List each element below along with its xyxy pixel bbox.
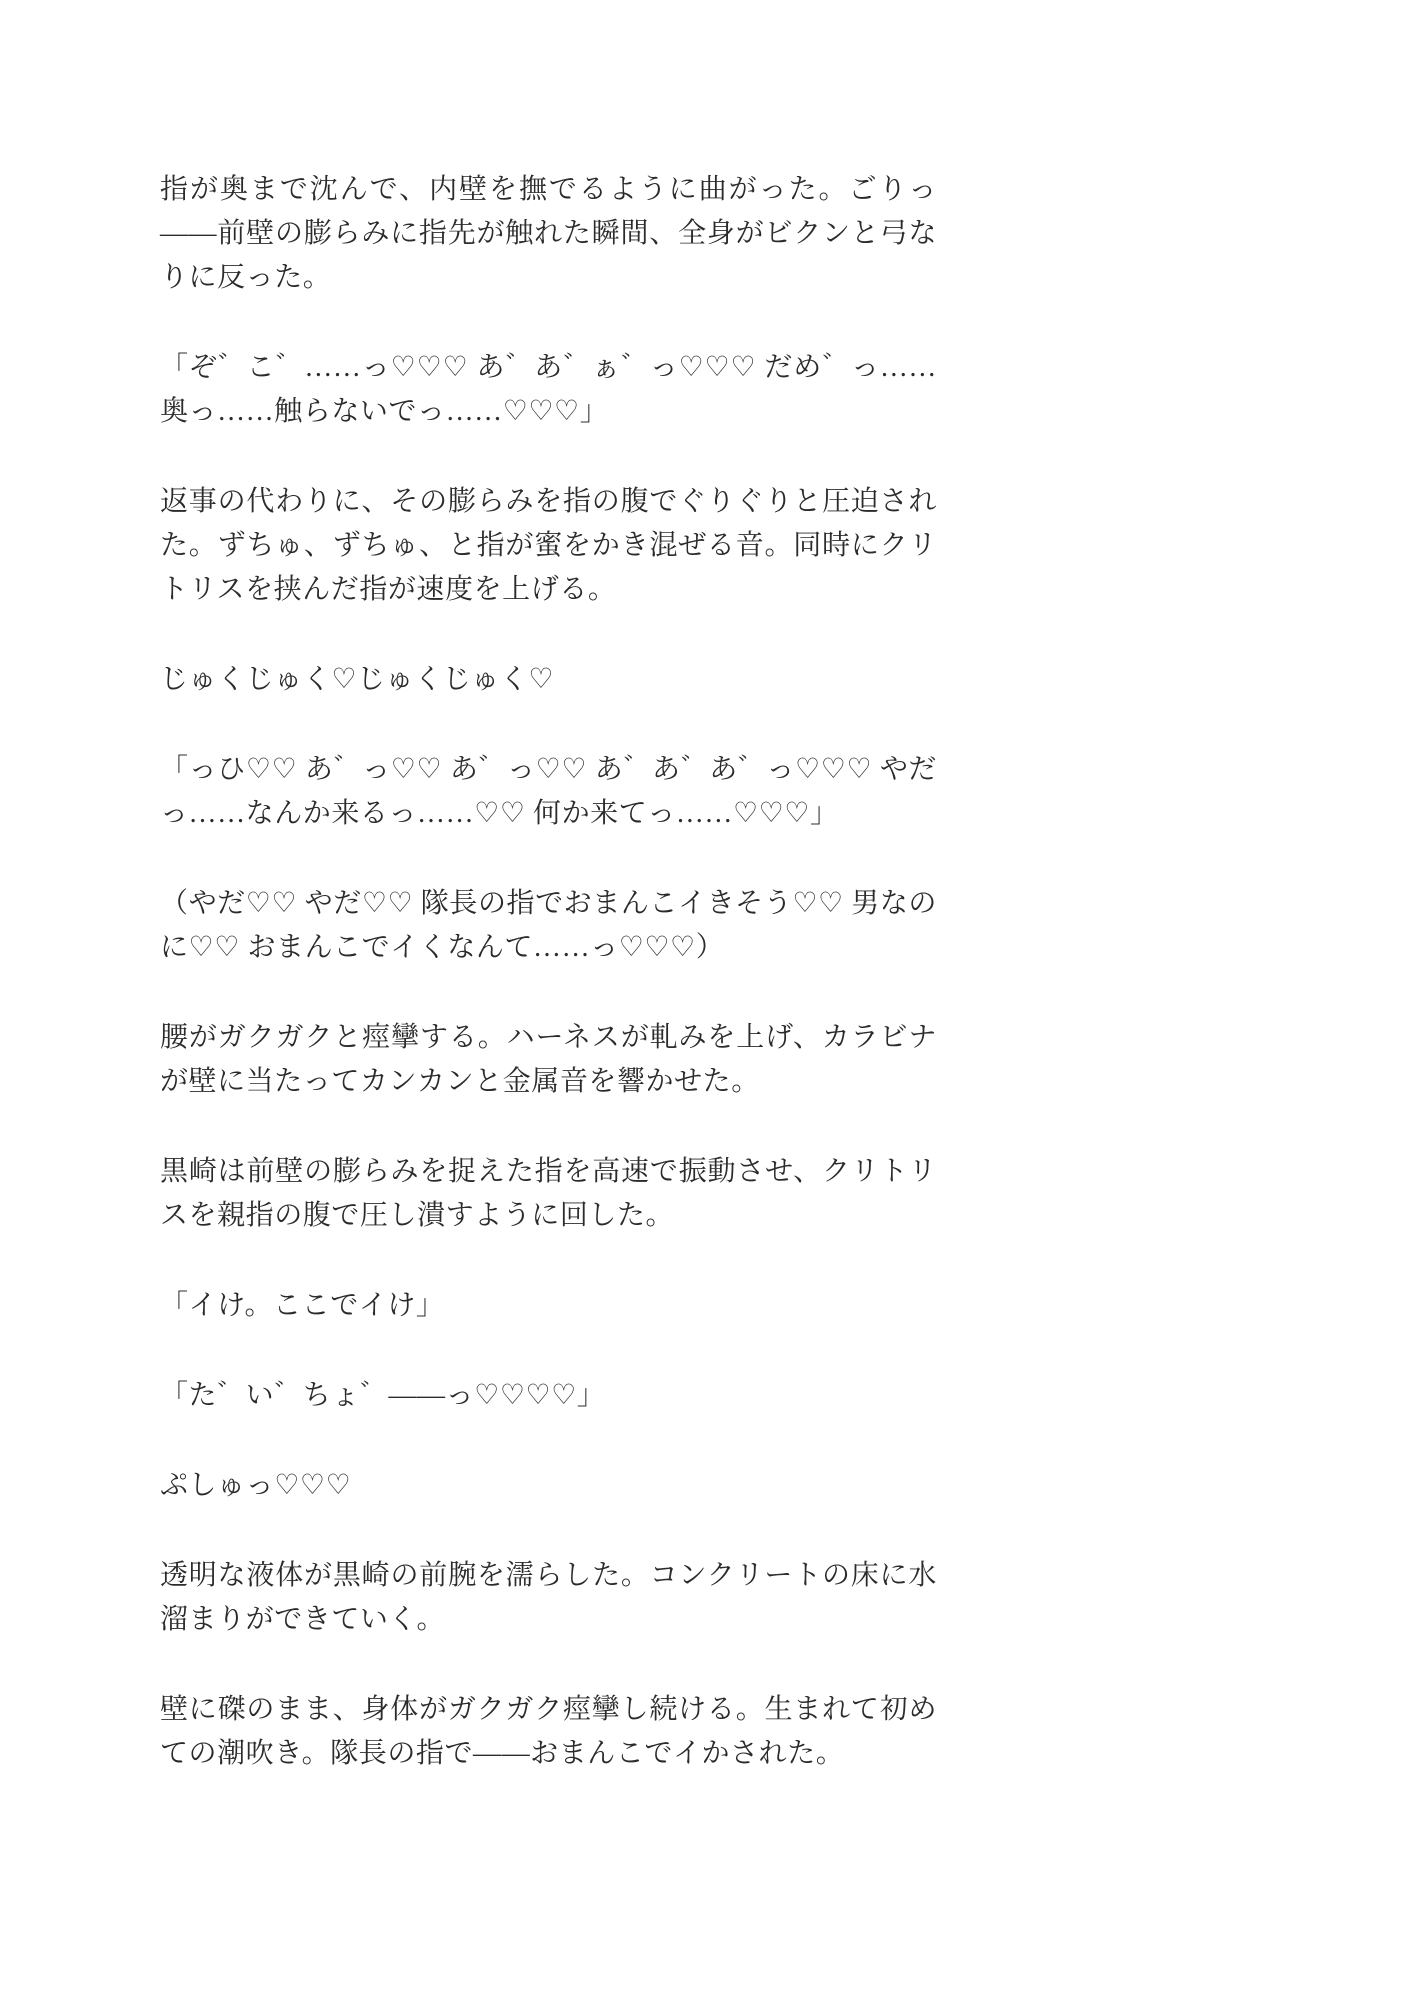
paragraph-narration: 腰がガクガクと痙攣する。ハーネスが軋みを上げ、カラビナが壁に当たってカンカンと金… <box>160 1016 937 1104</box>
document-page: 指が奥まで沈んで、内壁を撫でるように曲がった。ごりっ――前壁の膨らみに指先が触れ… <box>0 0 1415 2000</box>
paragraph-dialogue: 「っひ♡♡ あ゛っ♡♡ あ゛っ♡♡ あ゛あ゛あ゛っ♡♡♡ やだっ……なんか来るっ… <box>160 748 937 836</box>
paragraph-narration: 黒崎は前壁の膨らみを捉えた指を高速で振動させ、クリトリスを親指の腹で圧し潰すよう… <box>160 1150 937 1238</box>
paragraph-sfx: ぷしゅっ♡♡♡ <box>160 1464 937 1508</box>
paragraph-thought: （やだ♡♡ やだ♡♡ 隊長の指でおまんこイきそう♡♡ 男なのに♡♡ おまんこでイ… <box>160 882 937 970</box>
paragraph-dialogue: 「た゛い゛ちょ゛――っ♡♡♡♡」 <box>160 1374 937 1418</box>
paragraph-dialogue: 「イけ。ここでイけ」 <box>160 1284 937 1328</box>
paragraph-sfx: じゅくじゅく♡じゅくじゅく♡ <box>160 658 937 702</box>
paragraph-dialogue: 「ぞ゛こ゛……っ♡♡♡ あ゛あ゛ぁ゛っ♡♡♡ だめ゛っ……奥っ……触らないでっ…… <box>160 346 937 434</box>
paragraph-narration: 指が奥まで沈んで、内壁を撫でるように曲がった。ごりっ――前壁の膨らみに指先が触れ… <box>160 168 937 300</box>
paragraph-narration: 返事の代わりに、その膨らみを指の腹でぐりぐりと圧迫された。ずちゅ、ずちゅ、と指が… <box>160 480 937 612</box>
paragraph-narration: 壁に磔のまま、身体がガクガク痙攣し続ける。生まれて初めての潮吹き。隊長の指で――… <box>160 1688 937 1776</box>
paragraph-narration: 透明な液体が黒崎の前腕を濡らした。コンクリートの床に水溜まりができていく。 <box>160 1554 937 1642</box>
